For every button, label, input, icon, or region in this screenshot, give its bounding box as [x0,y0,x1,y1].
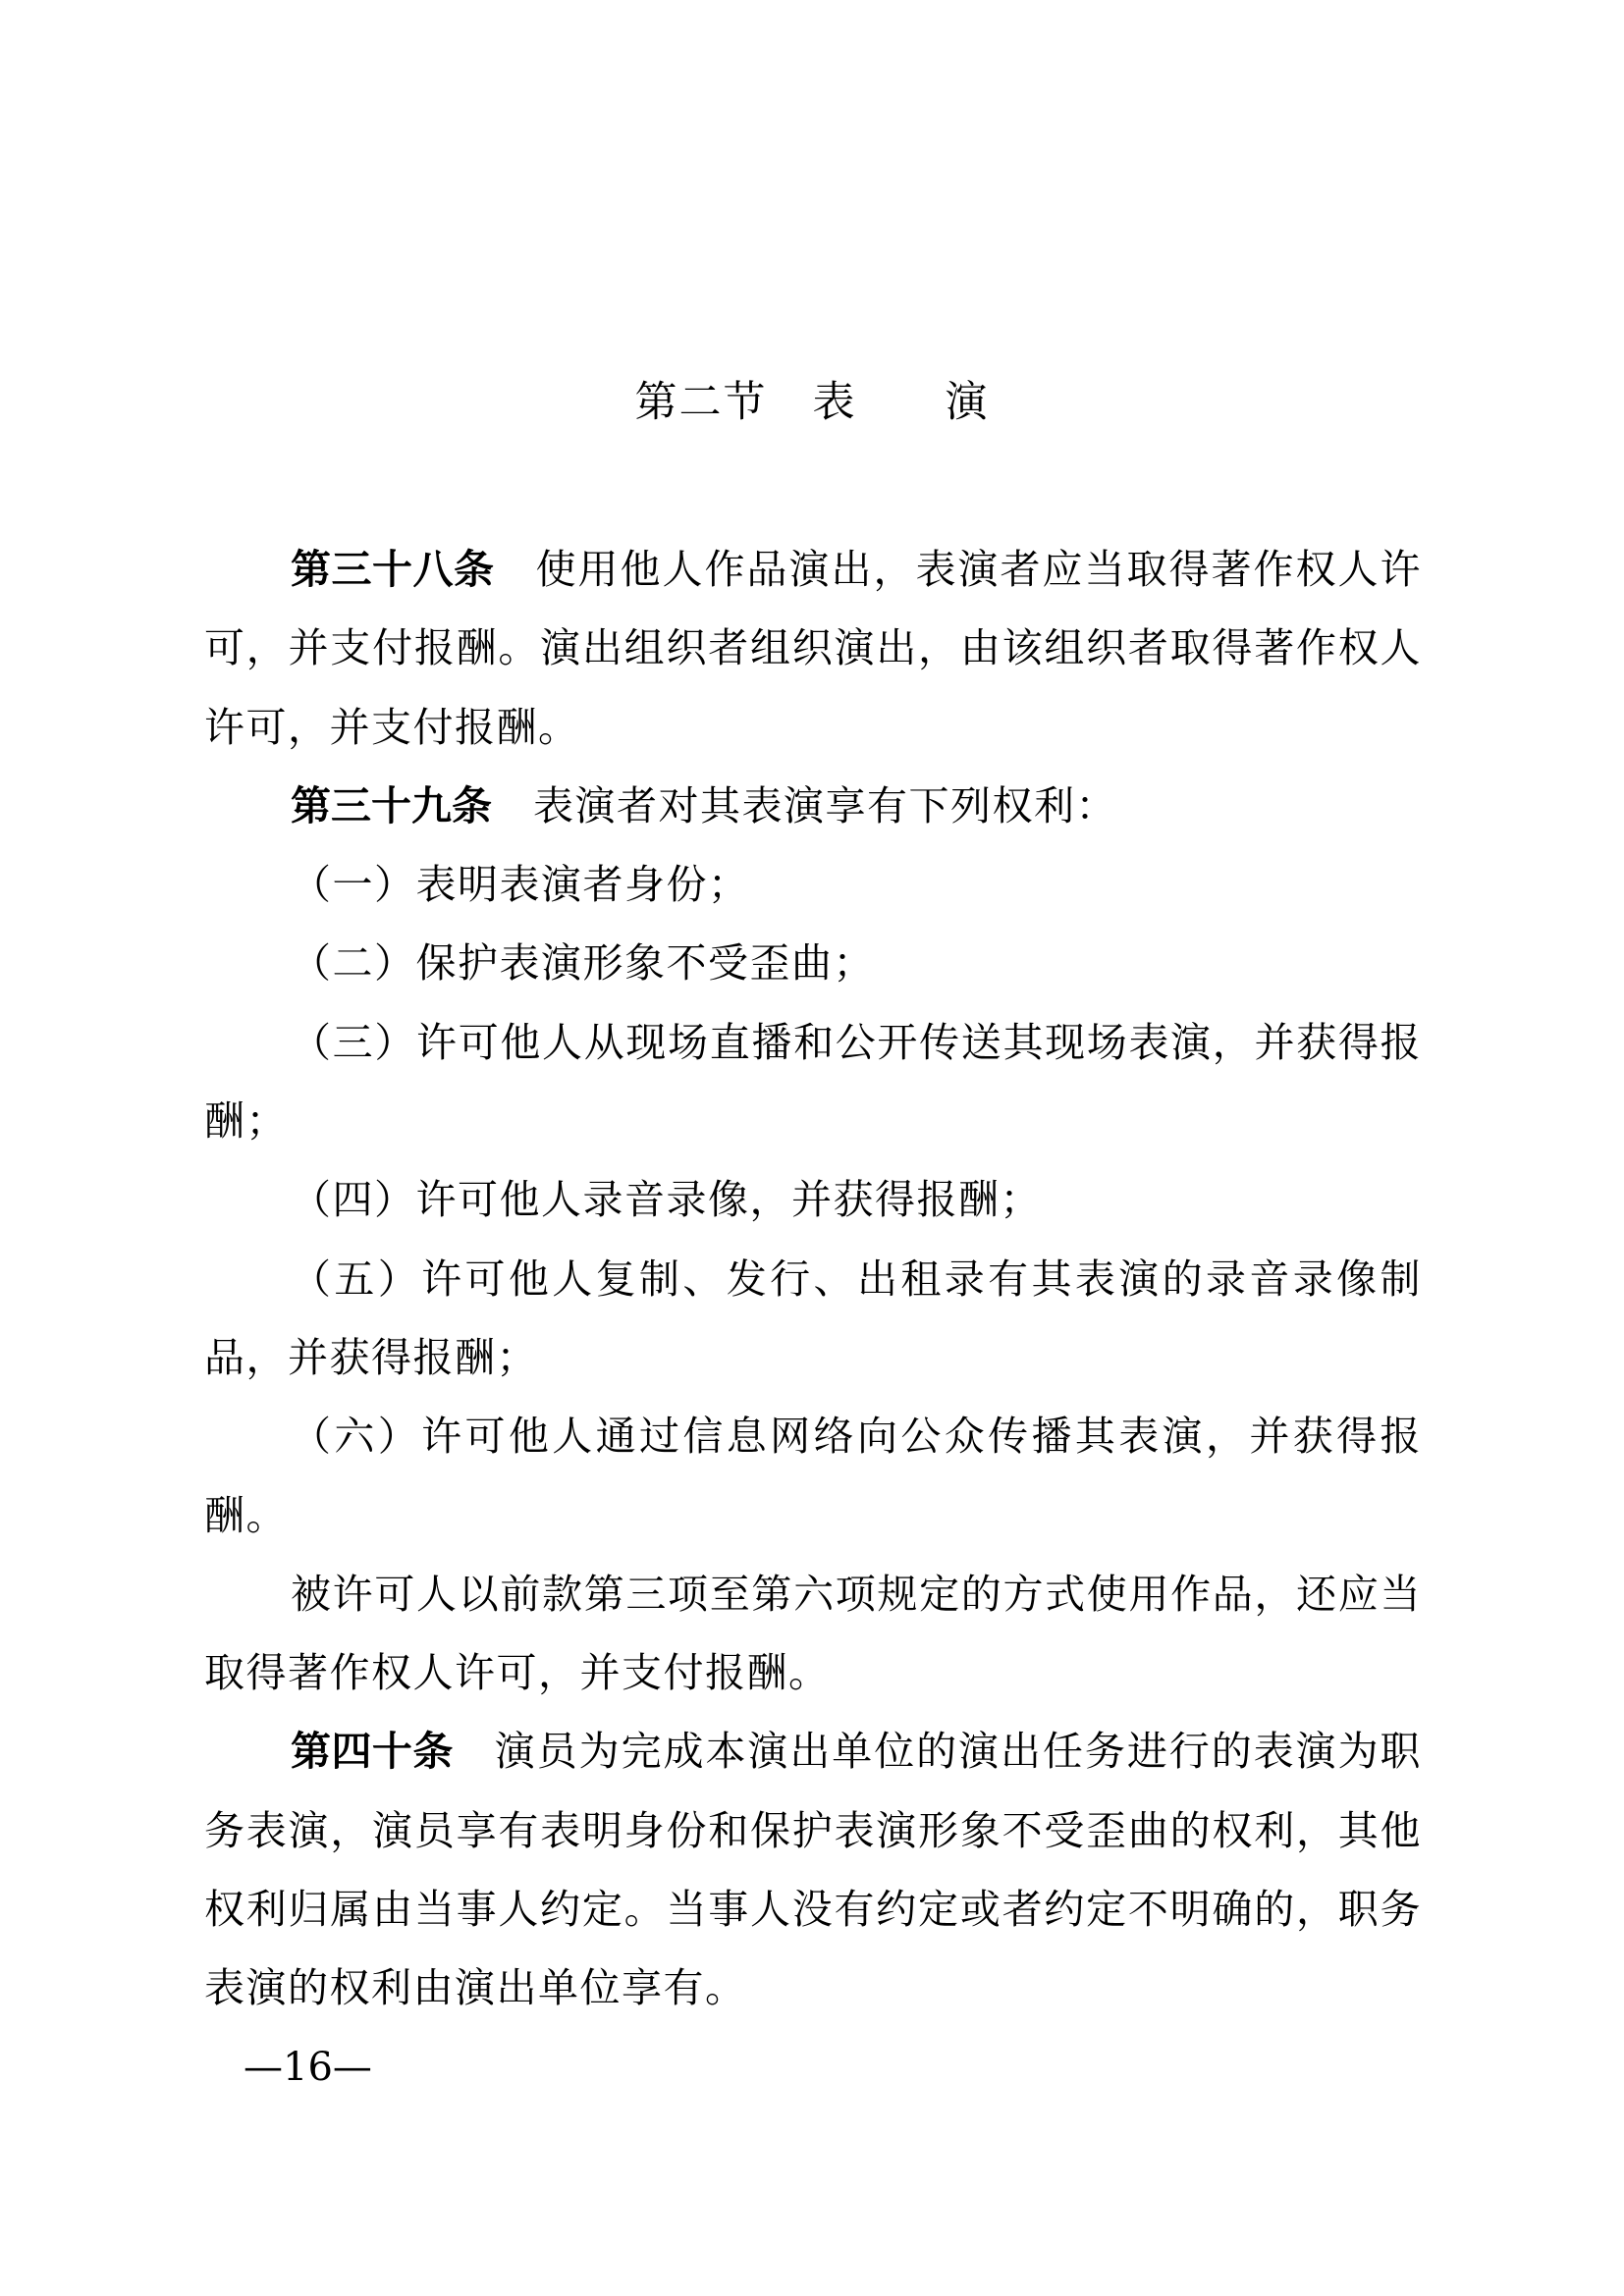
article-39-closing: 被许可人以前款第三项至第六项规定的方式使用作品，还应当取得著作权人许可，并支付报… [204,1555,1422,1713]
article-40: 第四十条演员为完成本演出单位的演出任务进行的表演为职务表演，演员享有表明身份和保… [204,1712,1422,2027]
list-item: （二）保护表演形象不受歪曲； [204,924,1422,1002]
article-number: 第三十八条 [291,546,495,593]
list-item: （一）表明表演者身份； [204,845,1422,924]
article-39: 第三十九条表演者对其表演享有下列权利： [204,767,1422,845]
list-item: （六）许可他人通过信息网络向公众传播其表演，并获得报酬。 [204,1397,1422,1555]
list-item: （四）许可他人录音录像，并获得报酬； [204,1160,1422,1239]
document-page: 第二节表演 第三十八条使用他人作品演出，表演者应当取得著作权人许可，并支付报酬。… [0,0,1624,2296]
article-number: 第四十条 [291,1728,454,1775]
list-item: （三）许可他人从现场直播和公开传送其现场表演，并获得报酬； [204,1003,1422,1161]
section-title-word-2: 演 [946,378,990,427]
list-item: （五）许可他人复制、发行、出租录有其表演的录音录像制品，并获得报酬； [204,1240,1422,1398]
section-title-word-1: 表 [813,378,857,427]
article-text: 表演者对其表演享有下列权利： [533,782,1117,829]
section-title: 第二节表演 [0,373,1624,432]
document-body: 第三十八条使用他人作品演出，表演者应当取得著作权人许可，并支付报酬。演出组织者组… [204,530,1422,2028]
article-number: 第三十九条 [291,782,492,829]
section-title-prefix: 第二节 [635,378,768,427]
article-38: 第三十八条使用他人作品演出，表演者应当取得著作权人许可，并支付报酬。演出组织者组… [204,530,1422,767]
page-number: —16— [244,2040,372,2095]
